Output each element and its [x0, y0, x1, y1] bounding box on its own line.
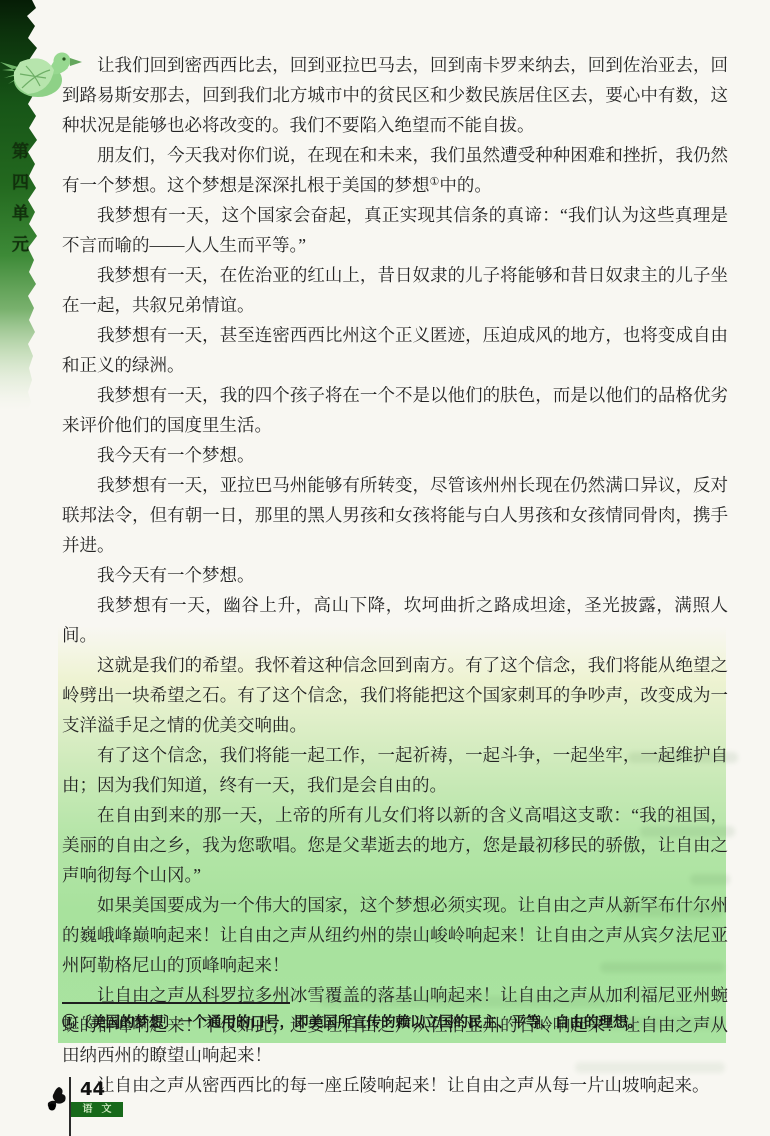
- paragraph: 这就是我们的希望。我怀着这种信念回到南方。有了这个信念，我们将能从绝望之岭劈出一…: [62, 650, 728, 740]
- textbook-page: 第四单元 让我们回到密西西比去，回到亚拉巴马去，回到南卡罗来纳去，回到佐治亚去，…: [0, 0, 770, 1136]
- unit-label: 第四单元: [6, 142, 31, 266]
- ink-blot-icon: [47, 1085, 67, 1113]
- footnote-divider: [62, 1002, 290, 1004]
- paragraph: 我今天有一个梦想。: [62, 560, 728, 590]
- paragraph: 我梦想有一天，这个国家会奋起，真正实现其信条的真谛：“我们认为这些真理是不言而喻…: [62, 200, 728, 260]
- paragraph: 在自由到来的那一天，上帝的所有儿女们将以新的含义高唱这支歌：“我的祖国，美丽的自…: [62, 800, 728, 890]
- paragraph: 朋友们，今天我对你们说，在现在和未来，我们虽然遭受种种困难和挫折，我仍然有一个梦…: [62, 140, 728, 200]
- paragraph: 我梦想有一天，幽谷上升，高山下降，坎坷曲折之路成坦途，圣光披露，满照人间。: [62, 590, 728, 650]
- paragraph: 我今天有一个梦想。: [62, 440, 728, 470]
- paragraph: 我梦想有一天，我的四个孩子将在一个不是以他们的肤色，而是以他们的品格优劣来评价他…: [62, 380, 728, 440]
- paragraph: 让自由之声从密西西比的每一座丘陵响起来！让自由之声从每一片山坡响起来。: [62, 1070, 728, 1100]
- footnote-marker: ①: [430, 176, 440, 188]
- subject-badge: 语文: [71, 1102, 123, 1117]
- footnote: ①〔美国的梦想〕一个通用的口号，即美国所宣传的赖以立国的民主、平等、自由的理想。: [62, 1014, 722, 1033]
- paragraph: 我梦想有一天，在佐治亚的红山上，昔日奴隶的儿子将能够和昔日奴隶主的儿子坐在一起，…: [62, 260, 728, 320]
- paragraph: 我梦想有一天，亚拉巴马州能够有所转变，尽管该州州长现在仍然满口异议，反对联邦法令…: [62, 470, 728, 560]
- paragraph: 有了这个信念，我们将能一起工作，一起祈祷，一起斗争，一起坐牢，一起维护自由；因为…: [62, 740, 728, 800]
- paragraph: 让我们回到密西西比去，回到亚拉巴马去，回到南卡罗来纳去，回到佐治亚去，回到路易斯…: [62, 50, 728, 140]
- page-number: 44: [80, 1079, 105, 1100]
- paragraph: 我梦想有一天，甚至连密西西比州这个正义匿迹，压迫成风的地方，也将变成自由和正义的…: [62, 320, 728, 380]
- article-body: 让我们回到密西西比去，回到亚拉巴马去，回到南卡罗来纳去，回到佐治亚去，回到路易斯…: [62, 50, 728, 1100]
- paragraph: 如果美国要成为一个伟大的国家，这个梦想必须实现。让自由之声从新罕布什尔州的巍峨峰…: [62, 890, 728, 980]
